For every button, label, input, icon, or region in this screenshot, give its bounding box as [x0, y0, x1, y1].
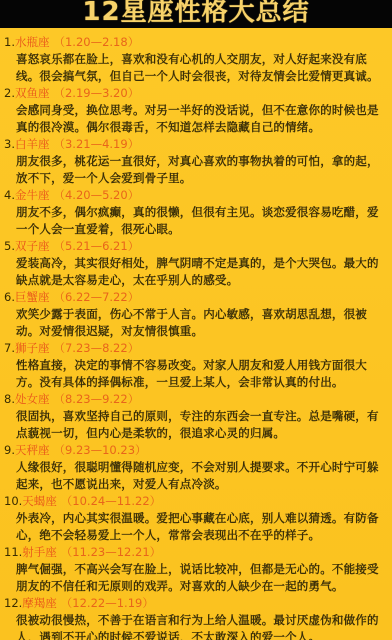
entry-heading: 11.射手座（11.23—12.21） — [4, 544, 392, 561]
sign-dates: （11.23—12.21） — [61, 545, 161, 559]
entry-number: 3. — [4, 137, 15, 151]
sign-description: 喜怒哀乐都在脸上，喜欢和没有心机的人交朋友，对人好起来没有底线。很会搞气氛，但自… — [4, 51, 392, 85]
entry-number: 8. — [4, 392, 15, 406]
sign-description: 外表冷，内心其实很温暖。爱把心事藏在心底，别人难以猜透。有防备心，绝不会轻易爱上… — [4, 510, 392, 544]
sign-description: 朋友不多，偶尔疯癫，真的很懒，但很有主见。谈恋爱很容易吃醋，爱一个人会一直爱着，… — [4, 204, 392, 238]
entry-number: 4. — [4, 188, 15, 202]
sign-dates: （3.21—4.19） — [53, 137, 139, 151]
sign-dates: （8.23—9.22） — [53, 392, 139, 406]
sign-name: 水瓶座 — [15, 35, 50, 49]
sign-dates: （1.20—2.18） — [53, 35, 139, 49]
zodiac-entry-aries: 3.白羊座（3.21—4.19） 朋友很多，桃花运一直很好，对真心喜欢的事物执着… — [4, 136, 392, 187]
entry-number: 12. — [4, 596, 22, 610]
entry-number: 1. — [4, 35, 15, 49]
sign-name: 白羊座 — [15, 137, 50, 151]
sign-description: 会感同身受，换位思考。对另一半好的没话说，但不在意你的时候也是真的很冷漠。偶尔很… — [4, 102, 392, 136]
sign-name: 金牛座 — [15, 188, 50, 202]
sign-name: 巨蟹座 — [15, 290, 50, 304]
entry-number: 5. — [4, 239, 15, 253]
sign-dates: （10.24—11.22） — [61, 494, 161, 508]
zodiac-entry-libra: 9.天秤座（9.23—10.23） 人缘很好，很聪明懂得随机应变，不会对别人提要… — [4, 442, 392, 493]
sign-dates: （7.23—8.22） — [53, 341, 139, 355]
sign-name: 天蝎座 — [22, 494, 57, 508]
sign-description: 爱装高冷，其实很好相处，脾气阴晴不定是真的，是个大哭包。最大的缺点就是太容易走心… — [4, 255, 392, 289]
entry-number: 7. — [4, 341, 15, 355]
sign-name: 双子座 — [15, 239, 50, 253]
sign-description: 人缘很好，很聪明懂得随机应变，不会对别人提要求。不开心时宁可躲起来，也不愿说出来… — [4, 459, 392, 493]
sign-dates: （4.20—5.20） — [53, 188, 139, 202]
entry-heading: 7.狮子座（7.23—8.22） — [4, 340, 392, 357]
zodiac-entry-pisces: 2.双鱼座（2.19—3.20） 会感同身受，换位思考。对另一半好的没话说，但不… — [4, 85, 392, 136]
zodiac-entry-virgo: 8.处女座（8.23—9.22） 很固执，喜欢坚持自己的原则，专注的东西会一直专… — [4, 391, 392, 442]
sign-name: 狮子座 — [15, 341, 50, 355]
sign-name: 处女座 — [15, 392, 50, 406]
entry-heading: 2.双鱼座（2.19—3.20） — [4, 85, 392, 102]
entry-heading: 8.处女座（8.23—9.22） — [4, 391, 392, 408]
entry-heading: 5.双子座（5.21—6.21） — [4, 238, 392, 255]
sign-description: 很被动很慢热，不善于在语言和行为上给人温暖。最讨厌虚伪和做作的人，遇到不开心的时… — [4, 612, 392, 640]
sign-description: 朋友很多，桃花运一直很好，对真心喜欢的事物执着的可怕，拿的起，放不下，爱一个人会… — [4, 153, 392, 187]
entry-heading: 1.水瓶座（1.20—2.18） — [4, 34, 392, 51]
sign-name: 双鱼座 — [15, 86, 50, 100]
zodiac-entry-leo: 7.狮子座（7.23—8.22） 性格直接，决定的事情不容易改变。对家人朋友和爱… — [4, 340, 392, 391]
entry-heading: 12.摩羯座（12.22—1.19） — [4, 595, 392, 612]
zodiac-entry-sagittarius: 11.射手座（11.23—12.21） 脾气倔强，不高兴会写在脸上，说话比较冲，… — [4, 544, 392, 595]
sign-dates: （9.23—10.23） — [53, 443, 146, 457]
sign-name: 摩羯座 — [22, 596, 57, 610]
entry-number: 2. — [4, 86, 15, 100]
sign-name: 射手座 — [22, 545, 57, 559]
sign-name: 天秤座 — [15, 443, 50, 457]
entry-heading: 3.白羊座（3.21—4.19） — [4, 136, 392, 153]
zodiac-list: 1.水瓶座（1.20—2.18） 喜怒哀乐都在脸上，喜欢和没有心机的人交朋友，对… — [0, 28, 392, 640]
entry-heading: 10.天蝎座（10.24—11.22） — [4, 493, 392, 510]
zodiac-entry-capricorn: 12.摩羯座（12.22—1.19） 很被动很慢热，不善于在语言和行为上给人温暖… — [4, 595, 392, 640]
sign-dates: （5.21—6.21） — [53, 239, 139, 253]
entry-number: 11. — [4, 545, 22, 559]
zodiac-entry-aquarius: 1.水瓶座（1.20—2.18） 喜怒哀乐都在脸上，喜欢和没有心机的人交朋友，对… — [4, 34, 392, 85]
entry-heading: 4.金牛座（4.20—5.20） — [4, 187, 392, 204]
sign-dates: （2.19—3.20） — [53, 86, 139, 100]
entry-number: 9. — [4, 443, 15, 457]
entry-heading: 9.天秤座（9.23—10.23） — [4, 442, 392, 459]
sign-dates: （6.22—7.22） — [53, 290, 139, 304]
zodiac-entry-scorpio: 10.天蝎座（10.24—11.22） 外表冷，内心其实很温暖。爱把心事藏在心底… — [4, 493, 392, 544]
entry-number: 6. — [4, 290, 15, 304]
page-title: 12星座性格大总结 — [82, 0, 309, 26]
zodiac-entry-gemini: 5.双子座（5.21—6.21） 爱装高冷，其实很好相处，脾气阴晴不定是真的，是… — [4, 238, 392, 289]
zodiac-entry-taurus: 4.金牛座（4.20—5.20） 朋友不多，偶尔疯癫，真的很懒，但很有主见。谈恋… — [4, 187, 392, 238]
sign-description: 很固执，喜欢坚持自己的原则，专注的东西会一直专注。总是嘴硬，有点藐视一切，但内心… — [4, 408, 392, 442]
entry-heading: 6.巨蟹座（6.22—7.22） — [4, 289, 392, 306]
sign-dates: （12.22—1.19） — [61, 596, 154, 610]
zodiac-entry-cancer: 6.巨蟹座（6.22—7.22） 欢笑少露于表面，伤心不常于人言。内心敏感，喜欢… — [4, 289, 392, 340]
entry-number: 10. — [4, 494, 22, 508]
sign-description: 脾气倔强，不高兴会写在脸上，说话比较冲，但都是无心的。不能接受朋友的不信任和无原… — [4, 561, 392, 595]
sign-description: 欢笑少露于表面，伤心不常于人言。内心敏感，喜欢胡思乱想，很被动。对爱情很迟疑，对… — [4, 306, 392, 340]
header-banner: 12星座性格大总结 — [0, 0, 392, 28]
sign-description: 性格直接，决定的事情不容易改变。对家人朋友和爱人用钱方面很大方。没有具体的择偶标… — [4, 357, 392, 391]
